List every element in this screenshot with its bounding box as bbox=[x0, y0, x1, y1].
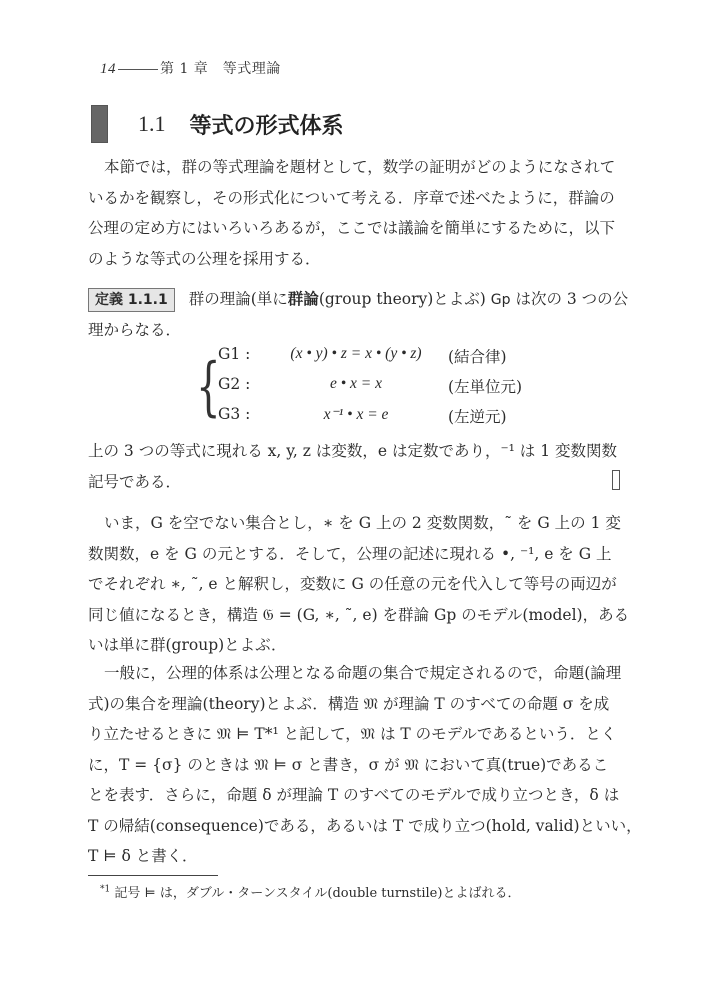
text-line: いは単に群(group)とよぶ． bbox=[88, 630, 620, 661]
axiom-label: G2 : bbox=[218, 375, 268, 393]
text-line: 公理の定め方にはいろいろあるが，ここでは議論を簡単にするために，以下 bbox=[88, 213, 620, 244]
intro-paragraph: 本節では，群の等式理論を題材として，数学の証明がどのようになされて いるかを観察… bbox=[88, 152, 620, 274]
text-line: 記号である． bbox=[88, 467, 620, 498]
section-heading: 1.1 等式の形式体系 bbox=[91, 105, 344, 143]
text-line: 同じ値になるとき，構造 𝔊 = (G, ∗, ˜, e) を群論 Gp のモデル… bbox=[88, 600, 620, 631]
theory-paragraph: 一般に，公理的体系は公理となる命題の集合で規定されるので，命題(論理 式)の集合… bbox=[88, 658, 620, 872]
footnote-text: 記号 ⊨ は，ダブル・ターンスタイル(double turnstile)とよばれ… bbox=[114, 886, 520, 901]
header-dash bbox=[118, 69, 158, 70]
chapter-title: 第 1 章 等式理論 bbox=[160, 61, 281, 77]
axiom-label: G1 : bbox=[218, 345, 268, 363]
text-line: 数関数，e を G の元とする．そして，公理の記述に現れる •, ⁻¹, e を… bbox=[88, 539, 620, 570]
text-line: 理からなる． bbox=[88, 315, 620, 346]
term-bold: 群論 bbox=[288, 290, 319, 308]
axiom-name: (左逆元) bbox=[448, 405, 507, 427]
text: (group theory)とよぶ) bbox=[319, 290, 491, 308]
text-line: に，T = {σ} のときは 𝔐 ⊨ σ と書き，σ が 𝔐 において真(tru… bbox=[88, 750, 620, 781]
text-line: いるかを観察し，その形式化について考える．序章で述べたように，群論の bbox=[88, 183, 620, 214]
text: は次の 3 つの公 bbox=[511, 290, 629, 308]
section-marker-block bbox=[91, 105, 108, 143]
text-line: でそれぞれ ∗, ˜, e と解釈し，変数に G の任意の元を代入して等号の両辺… bbox=[88, 569, 620, 600]
page-number: 14 bbox=[100, 61, 116, 77]
text: 群の理論(単に bbox=[189, 290, 288, 308]
footnote-rule bbox=[88, 875, 218, 876]
definition-line-1: 定義 1.1.1群の理論(単に群論(group theory)とよぶ) Gp は… bbox=[88, 284, 620, 315]
axiom-name: (結合律) bbox=[448, 345, 507, 367]
footnote-mark: *1 bbox=[100, 885, 110, 895]
definition-label: 定義 1.1.1 bbox=[88, 288, 175, 312]
text-line: 上の 3 つの等式に現れる x, y, z は変数，e は定数であり，⁻¹ は … bbox=[88, 436, 620, 467]
text-line: のような等式の公理を採用する． bbox=[88, 244, 620, 275]
text-line: T の帰結(consequence)である，あるいは T で成り立つ(hold,… bbox=[88, 811, 620, 842]
footnote: *1 記号 ⊨ は，ダブル・ターンスタイル(double turnstile)と… bbox=[100, 882, 520, 901]
book-page: 14第 1 章 等式理論 1.1 等式の形式体系 本節では，群の等式理論を題材と… bbox=[0, 0, 705, 1000]
definition-block: 定義 1.1.1群の理論(単に群論(group theory)とよぶ) Gp は… bbox=[88, 284, 620, 345]
text-line: とを表す．さらに，命題 δ が理論 T のすべてのモデルで成り立つとき，δ は bbox=[88, 780, 620, 811]
definition-remark: 上の 3 つの等式に現れる x, y, z は変数，e は定数であり，⁻¹ は … bbox=[88, 436, 620, 497]
text-line: り立たせるときに 𝔐 ⊨ T*¹ と記して，𝔐 は T のモデルであるという．と… bbox=[88, 719, 620, 750]
text-line: 式)の集合を理論(theory)とよぶ．構造 𝔐 が理論 T のすべての命題 σ… bbox=[88, 689, 620, 720]
axiom-formula: e • x = x bbox=[266, 375, 446, 393]
axiom-name: (左単位元) bbox=[448, 375, 522, 397]
qed-symbol bbox=[612, 470, 620, 490]
axiom-formula: (x • y) • z = x • (y • z) bbox=[266, 345, 446, 363]
section-number: 1.1 bbox=[138, 111, 166, 137]
axiom-label: G3 : bbox=[218, 405, 268, 423]
running-head: 14第 1 章 等式理論 bbox=[100, 58, 281, 78]
text-line: 本節では，群の等式理論を題材として，数学の証明がどのようになされて bbox=[88, 152, 620, 183]
text-line: いま，G を空でない集合とし，∗ を G 上の 2 変数関数，˜ を G 上の … bbox=[88, 508, 620, 539]
left-brace: { bbox=[196, 347, 220, 427]
theory-symbol: Gp bbox=[491, 292, 511, 308]
text-line: 一般に，公理的体系は公理となる命題の集合で規定されるので，命題(論理 bbox=[88, 658, 620, 689]
model-paragraph: いま，G を空でない集合とし，∗ を G 上の 2 変数関数，˜ を G 上の … bbox=[88, 508, 620, 661]
axiom-formula: x⁻¹ • x = e bbox=[266, 405, 446, 424]
section-title: 等式の形式体系 bbox=[190, 109, 344, 140]
text-line: T ⊨ δ と書く． bbox=[88, 841, 620, 872]
